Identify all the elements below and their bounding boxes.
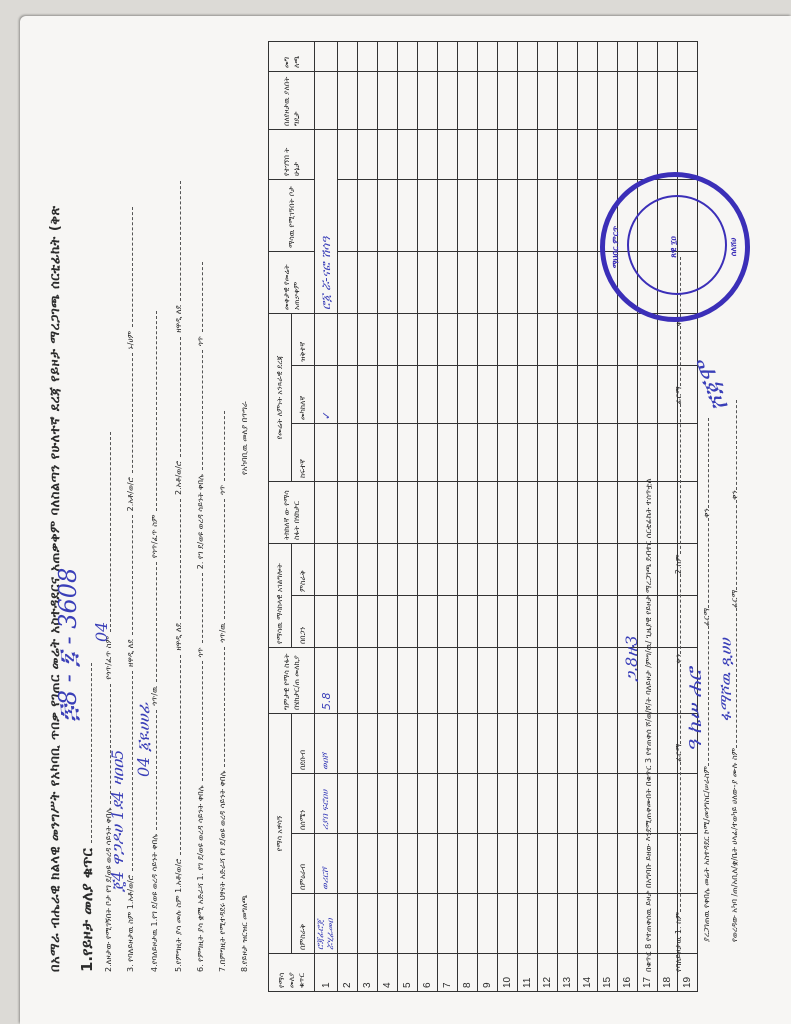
official-stamp: ማህበር ምርጥ ጸዊ ፲ዐ ሰለሸሀ	[600, 172, 750, 322]
table-row: 1 ሮጃፊሮጀ ሯሂፊመዐ ወሪርሾ ሪያበ ፍሮዐሀ ወዐሾ 5.8 ✓ ሮ፩…	[315, 41, 338, 991]
table-row: 13	[558, 41, 578, 991]
holding-id-handwritten: ፷8 - ፯ - 3608	[54, 568, 82, 722]
col-ownership: በለየዞታዉ ያለበት ግዴታ	[269, 71, 315, 129]
col-land-use-a: በበጋን	[292, 596, 315, 648]
field-children-address: 7.በምግዚት የሚተዳደሩ ህፃናት አድራሻ የገ ደ/ወዩ ወረዳ ሳይን…	[218, 407, 228, 972]
table-row: 4	[378, 41, 398, 991]
location-handwritten: 04	[92, 622, 111, 642]
col-fertility-high: ከፍተኛ	[292, 423, 315, 481]
col-land-use-b: ምስራቅ	[292, 543, 315, 595]
table-row: 2	[338, 41, 358, 991]
table-row: 10	[498, 41, 518, 991]
field-holder-address: 4.የባለይዞታዉ 1.የገ ደ/ወዩ ወረዳ ሳይንት ቀበሌጎጥ/ዉየጎጥ/…	[150, 307, 160, 972]
field-guardian-address: 6. የምግዚት ያሳ ቋሚ አድራሻ 1. የገ ደ/ወዩ ወረዳ ሳይንት …	[196, 258, 206, 972]
approver-name-handwritten: ፋማሾዉ ጿሀሀ	[716, 638, 736, 722]
owner-signature-line: የባለይዞታዉ 1. ስምፊርማቀን2.ስምፊርማቀን	[674, 257, 684, 972]
col-remark: መግ ለጫ	[269, 41, 315, 71]
col-fertility: የመሬት ለምነት አንጻራዊ ደረጃ	[269, 313, 292, 481]
col-east: በምስራቅ	[292, 894, 315, 954]
col-obtain: ማሳዉ የሚገኝበት ቦታ	[269, 179, 315, 251]
table-row: 3	[358, 41, 378, 991]
table-row: 5	[398, 41, 418, 991]
rotated-form: በአማራ ብሔራዊ ክልላዊ መንግሥት የአካባቢ ጥበቃ የገጠር መሬት …	[26, 12, 786, 1012]
col-south: በደቡብ	[292, 714, 315, 774]
table-row: 11	[518, 41, 538, 991]
officer-name-handwritten: ዓ ኬሠ ሐሮ	[682, 668, 706, 752]
col-holding-type: መቀታዊ የመሬት አጠቃቀም	[269, 251, 315, 313]
field-holding-detail: 8.የይዞታ ዝርዝር መግለጫየአካባቢዉ መለያ በጥግራ	[240, 401, 250, 972]
table-row: 12	[538, 41, 558, 991]
col-fertility-low: ዝቅተኛ	[292, 313, 315, 365]
col-survey: ትክክለኛ ው የማሳ ስፋት በሄክታር	[269, 481, 315, 543]
table-header-row-1: የማሳ መለያ ቁጥር የማሳ አዋሳኝ ግምታዊ የማሳ ስፋት በሄክታር/…	[269, 41, 292, 991]
table-row: 7	[438, 41, 458, 991]
footer-statement: በቁጥር 8 የተጠቀሰዉ ይዞታ በአግባቡ ይዘው እንደሚጠቀሙበት በቁ…	[644, 478, 654, 972]
col-boundaries: የማሳ አዋሳኝ	[269, 714, 292, 954]
col-parcel-no: የማሳ መለያ ቁጥር	[269, 954, 315, 992]
col-west: በምዕራብ	[292, 834, 315, 894]
footer-statement-handwritten: ጋ.8ዙ3	[622, 635, 642, 682]
table-row: 14	[578, 41, 598, 991]
table-row: 6	[418, 41, 438, 991]
col-area: ግምታዊ የማሳ ስፋት በሄክታር/ጠ መለኪያ	[269, 648, 315, 714]
holder-address-handwritten: 04 ፩ዪሀሀፊ	[134, 703, 154, 777]
table-row: 9	[478, 41, 498, 991]
col-fertility-mid: መካከለኛ	[292, 365, 315, 423]
field-guardian-name: 5.የምግዚት ያሳ መሉ ስም 1.አቶ/ወ/ሮዘዋዲ ለደ2.አቶ/ወ/ሮዘ…	[174, 177, 184, 972]
table-row: 8	[458, 41, 478, 991]
col-transfer: የተገኘበ ት ሁኔታ	[269, 129, 315, 179]
col-north: በሰሜን	[292, 774, 315, 834]
col-land-use: የማሳዉ ማሳከላዊ አገልግሎት	[269, 543, 292, 647]
holder-name-handwritten: ጄ4 ዋጋዶሀ 1ደ4 ዛዐዐ5	[108, 750, 128, 892]
